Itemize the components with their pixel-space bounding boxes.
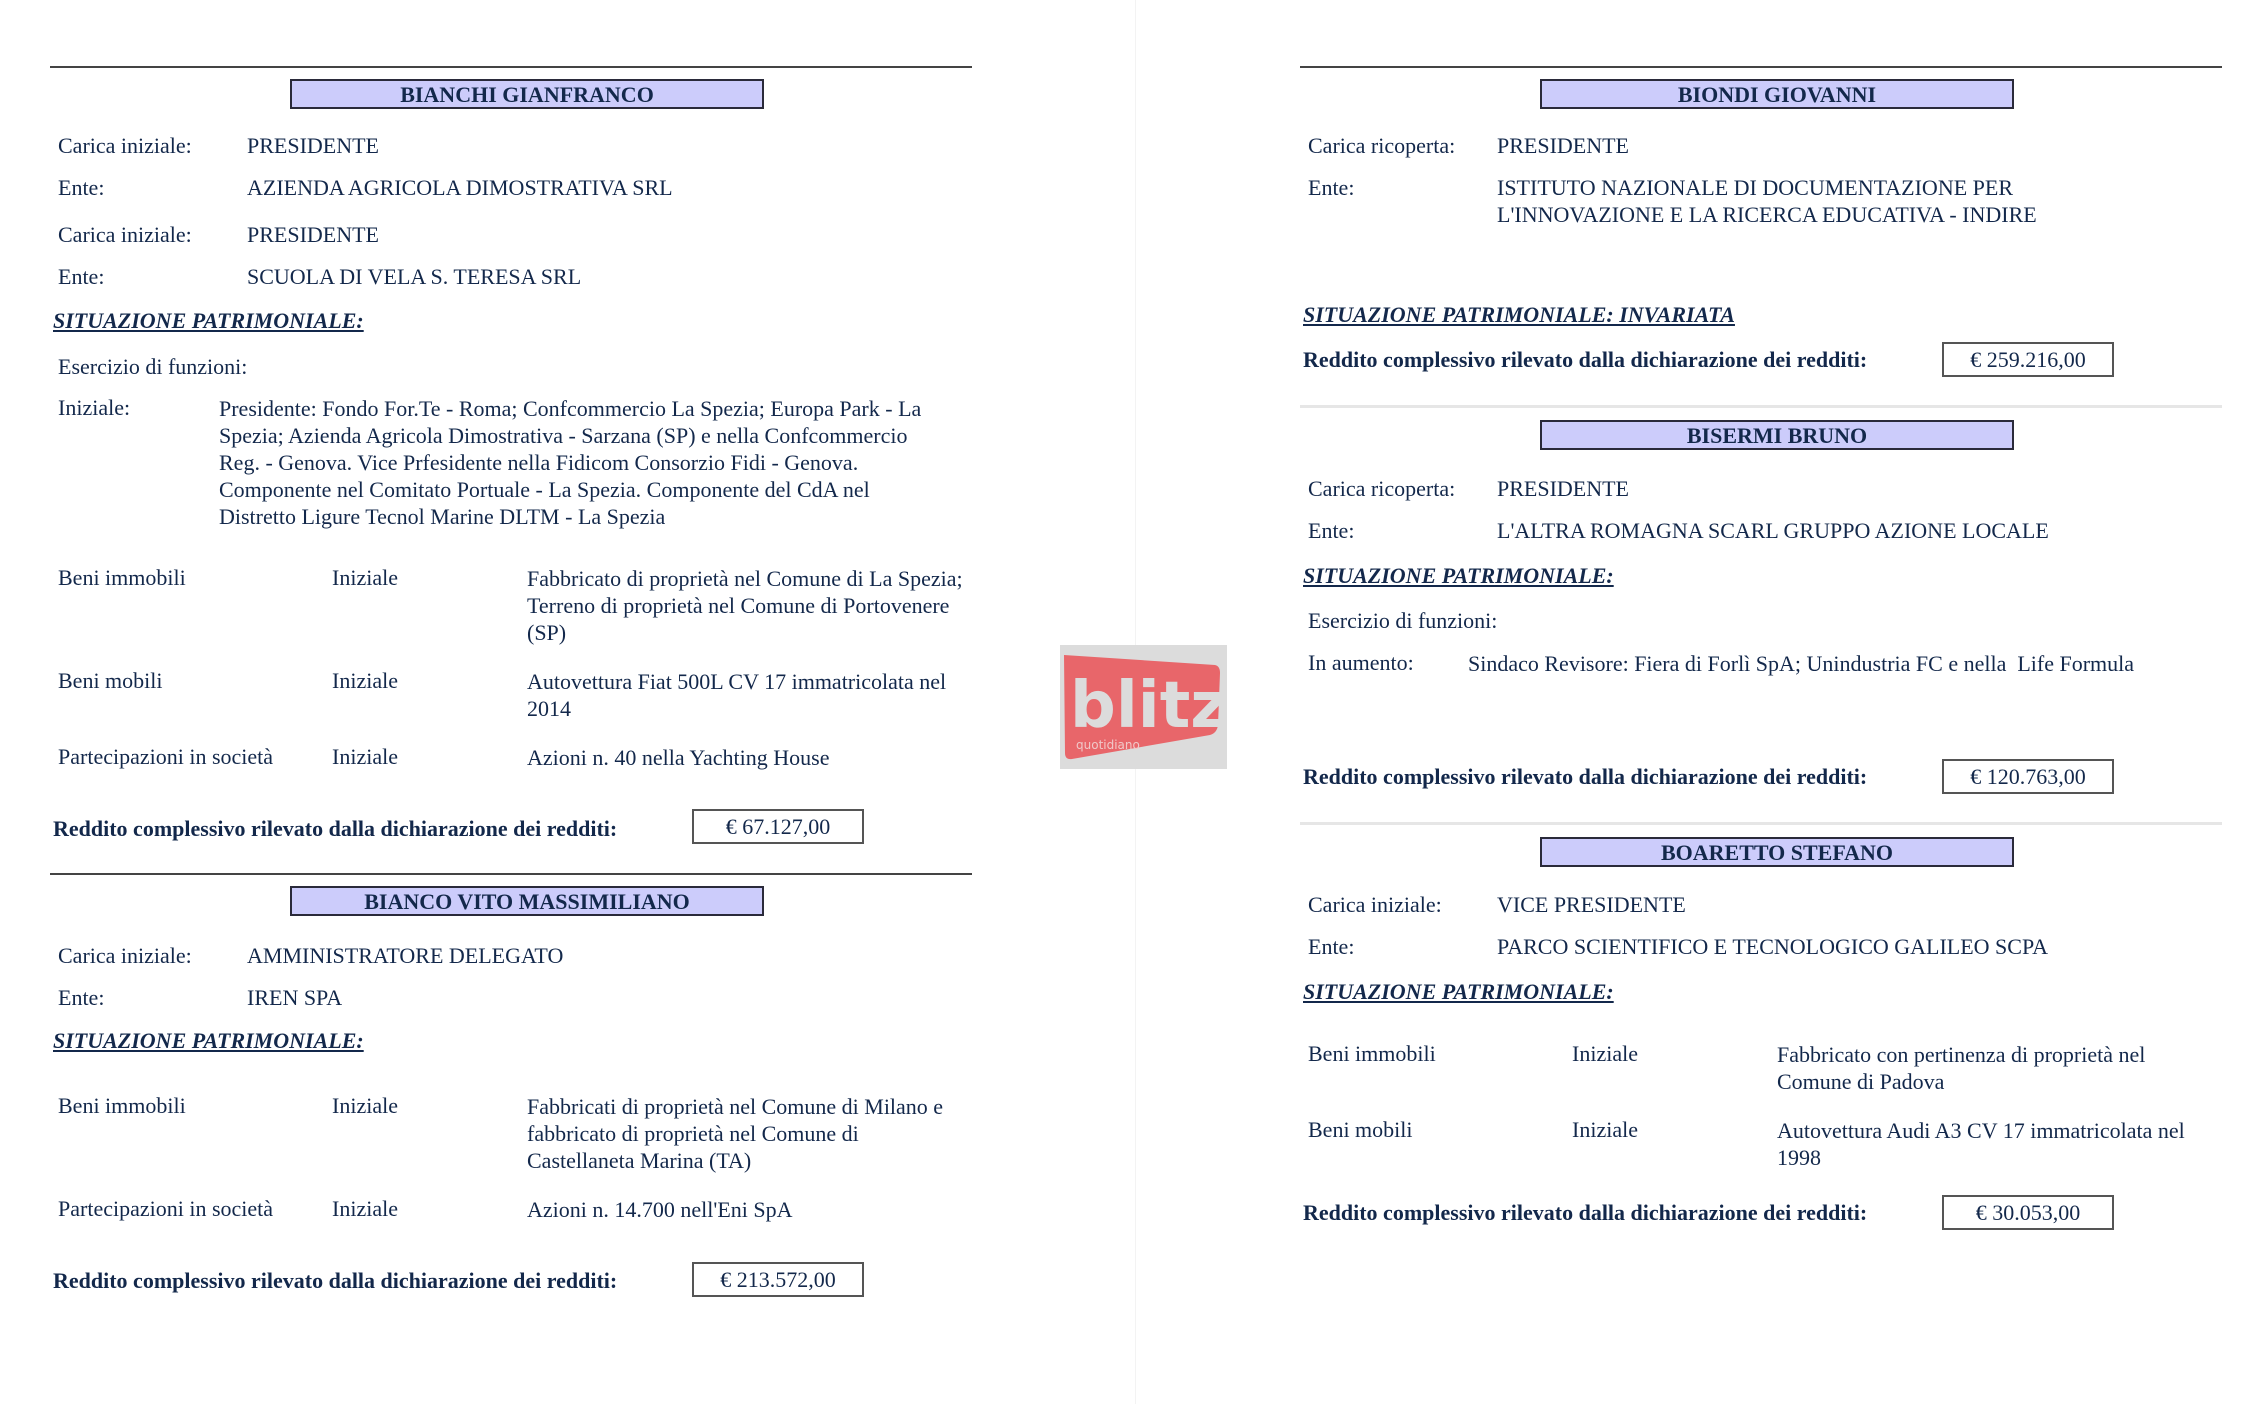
asset-description: Azioni n. 14.700 nell'Eni SpA	[527, 1196, 987, 1223]
person-name: BOARETTO STEFANO	[1540, 837, 2014, 867]
role-label: Carica iniziale:	[58, 942, 192, 969]
separator	[50, 873, 972, 875]
asset-description: Azioni n. 40 nella Yachting House	[527, 744, 987, 771]
blitz-logo-icon: blitz quotidiano	[1060, 645, 1227, 769]
asset-type: Beni immobili	[1308, 1041, 1436, 1067]
separator	[1300, 405, 2222, 408]
role-label: Carica iniziale:	[58, 221, 192, 248]
asset-status: Iniziale	[332, 668, 398, 694]
person-name: BIANCO VITO MASSIMILIANO	[290, 886, 764, 916]
role-value: PRESIDENTE	[1497, 132, 1629, 159]
income-value: € 67.127,00	[692, 809, 864, 844]
asset-description: Autovettura Fiat 500L CV 17 immatricolat…	[527, 668, 987, 722]
income-label: Reddito complessivo rilevato dalla dichi…	[1303, 347, 1867, 373]
role-value: PRESIDENTE	[247, 221, 379, 248]
functions-heading: Esercizio di funzioni:	[1308, 608, 1497, 634]
entity-label: Ente:	[58, 984, 104, 1011]
role-label: Carica ricoperta:	[1308, 475, 1455, 502]
asset-description: Fabbricato con pertinenza di proprietà n…	[1777, 1041, 2237, 1095]
role-label: Carica ricoperta:	[1308, 132, 1455, 159]
section-heading: SITUAZIONE PATRIMONIALE:	[1303, 563, 1614, 589]
role-value: VICE PRESIDENTE	[1497, 891, 1686, 918]
entity-label: Ente:	[1308, 174, 1354, 201]
asset-type: Beni immobili	[58, 1093, 186, 1119]
asset-type: Beni mobili	[58, 668, 163, 694]
entity-value: AZIENDA AGRICOLA DIMOSTRATIVA SRL	[247, 174, 673, 201]
income-label: Reddito complessivo rilevato dalla dichi…	[53, 816, 617, 842]
income-value: € 213.572,00	[692, 1262, 864, 1297]
asset-status: Iniziale	[332, 1196, 398, 1222]
svg-text:blitz: blitz	[1070, 669, 1227, 743]
asset-status: Iniziale	[332, 1093, 398, 1119]
separator	[1300, 66, 2222, 68]
asset-description: Autovettura Audi A3 CV 17 immatricolata …	[1777, 1117, 2237, 1171]
income-label: Reddito complessivo rilevato dalla dichi…	[1303, 1200, 1867, 1226]
entity-label: Ente:	[58, 174, 104, 201]
section-heading: SITUAZIONE PATRIMONIALE:	[1303, 979, 1614, 1005]
entity-value: PARCO SCIENTIFICO E TECNOLOGICO GALILEO …	[1497, 933, 2048, 960]
functions-label: In aumento:	[1308, 650, 1414, 676]
asset-description: Fabbricato di proprietà nel Comune di La…	[527, 565, 987, 646]
functions-text: Sindaco Revisore: Fiera di Forlì SpA; Un…	[1468, 650, 2134, 677]
entity-value: IREN SPA	[247, 984, 342, 1011]
entity-label: Ente:	[1308, 933, 1354, 960]
section-heading: SITUAZIONE PATRIMONIALE:	[53, 1028, 364, 1054]
separator	[1300, 822, 2222, 825]
asset-type: Partecipazioni in società	[58, 744, 273, 770]
role-value: PRESIDENTE	[1497, 475, 1629, 502]
asset-type: Beni mobili	[1308, 1117, 1413, 1143]
person-name: BISERMI BRUNO	[1540, 420, 2014, 450]
asset-type: Beni immobili	[58, 565, 186, 591]
role-label: Carica iniziale:	[58, 132, 192, 159]
asset-status: Iniziale	[1572, 1041, 1638, 1067]
entity-label: Ente:	[58, 263, 104, 290]
functions-label: Iniziale:	[58, 395, 130, 421]
functions-text: Presidente: Fondo For.Te - Roma; Confcom…	[219, 395, 979, 530]
role-label: Carica iniziale:	[1308, 891, 1442, 918]
person-name: BIANCHI GIANFRANCO	[290, 79, 764, 109]
entity-value: SCUOLA DI VELA S. TERESA SRL	[247, 263, 581, 290]
asset-status: Iniziale	[332, 565, 398, 591]
asset-type: Partecipazioni in società	[58, 1196, 273, 1222]
entity-value: ISTITUTO NAZIONALE DI DOCUMENTAZIONE PER…	[1497, 174, 2037, 228]
asset-status: Iniziale	[1572, 1117, 1638, 1143]
section-heading: SITUAZIONE PATRIMONIALE: INVARIATA	[1303, 302, 1735, 328]
income-value: € 259.216,00	[1942, 342, 2114, 377]
income-label: Reddito complessivo rilevato dalla dichi…	[53, 1268, 617, 1294]
entity-value: L'ALTRA ROMAGNA SCARL GRUPPO AZIONE LOCA…	[1497, 517, 2049, 544]
income-value: € 30.053,00	[1942, 1195, 2114, 1230]
entity-label: Ente:	[1308, 517, 1354, 544]
functions-heading: Esercizio di funzioni:	[58, 354, 247, 380]
role-value: PRESIDENTE	[247, 132, 379, 159]
asset-status: Iniziale	[332, 744, 398, 770]
asset-description: Fabbricati di proprietà nel Comune di Mi…	[527, 1093, 987, 1174]
svg-text:quotidiano: quotidiano	[1076, 738, 1140, 752]
income-label: Reddito complessivo rilevato dalla dichi…	[1303, 764, 1867, 790]
section-heading: SITUAZIONE PATRIMONIALE:	[53, 308, 364, 334]
separator	[50, 66, 972, 68]
income-value: € 120.763,00	[1942, 759, 2114, 794]
person-name: BIONDI GIOVANNI	[1540, 79, 2014, 109]
role-value: AMMINISTRATORE DELEGATO	[247, 942, 563, 969]
blitz-watermark: blitz quotidiano	[1060, 645, 1227, 769]
